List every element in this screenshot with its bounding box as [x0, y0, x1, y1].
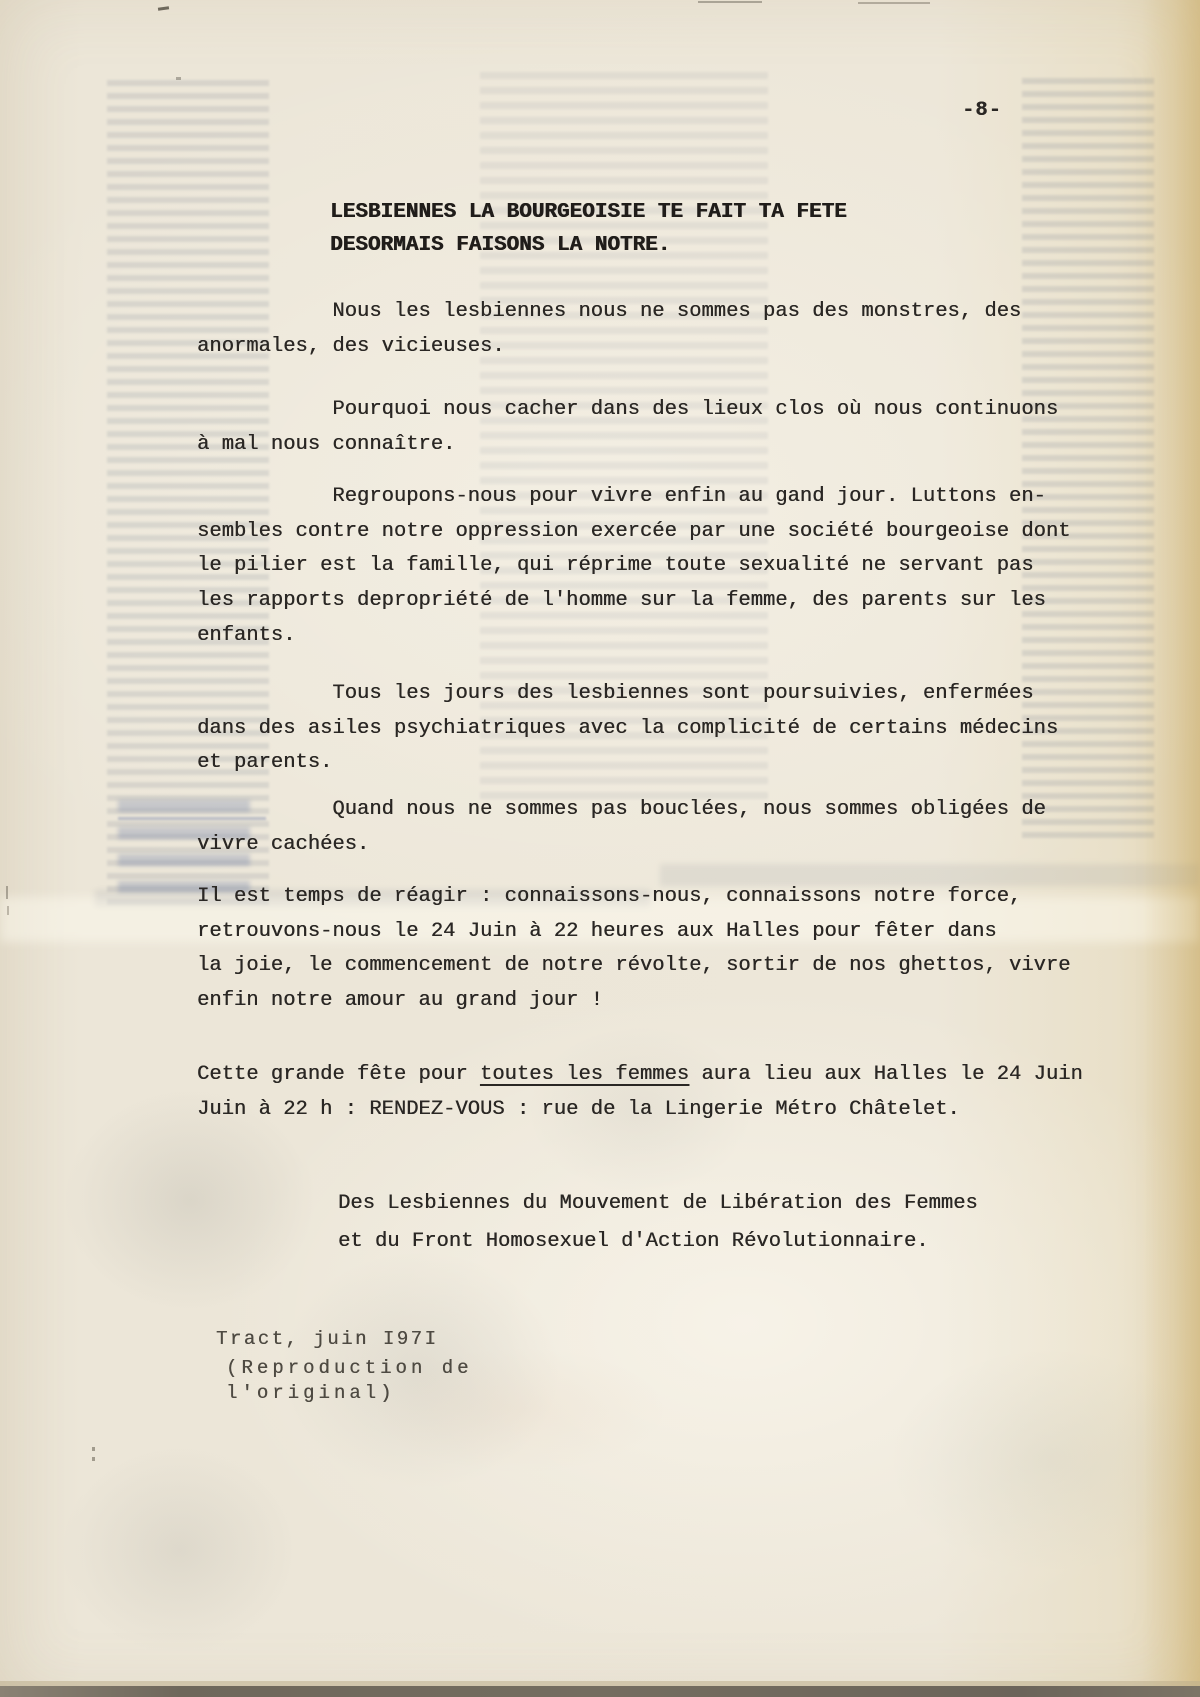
text-line: Juin à 22 h : RENDEZ-VOUS : rue de la Li… [197, 1093, 1083, 1128]
text-line: Quand nous ne sommes pas bouclées, nous … [197, 793, 1046, 828]
text-line: enfin notre amour au grand jour ! [197, 984, 1070, 1019]
page-curl-shadow [1142, 0, 1200, 1697]
text-line: enfants. [197, 619, 1070, 654]
text-line: à mal nous connaître. [197, 428, 1058, 463]
scan-speck [7, 906, 9, 915]
page-number: -8- [962, 94, 1002, 129]
scan-speck [158, 6, 169, 11]
text-line: les rapports depropriété de l'homme sur … [197, 584, 1070, 619]
paragraph-3: Regroupons-nous pour vivre enfin au gand… [197, 480, 1070, 654]
footer-caption-line1: Tract, juin I97I [216, 1322, 438, 1357]
text-line: Il est temps de réagir : connaissons-nou… [197, 880, 1070, 915]
text-line: l'original) [226, 1381, 472, 1406]
footer-caption-rest: (Reproduction del'original) [226, 1356, 472, 1406]
text-line: retrouvons-nous le 24 Juin à 22 heures a… [197, 915, 1070, 950]
text-segment: Cette grande fête pour [197, 1063, 480, 1086]
paragraph-1: Nous les lesbiennes nous ne sommes pas d… [197, 295, 1021, 364]
scanned-page: -8- LESBIENNES LA BOURGEOISIE TE FAIT TA… [0, 0, 1200, 1697]
text-line: Regroupons-nous pour vivre enfin au gand… [197, 480, 1070, 515]
text-line: Des Lesbiennes du Mouvement de Libératio… [338, 1185, 978, 1223]
text-line: Nous les lesbiennes nous ne sommes pas d… [197, 295, 1021, 330]
paragraph-2: Pourquoi nous cacher dans des lieux clos… [197, 393, 1058, 462]
text-line: (Reproduction de [226, 1356, 472, 1381]
scan-speck [858, 2, 930, 4]
scan-speck [698, 1, 762, 3]
underlined-text: toutes les femmes [480, 1063, 689, 1086]
paragraph-4: Tous les jours des lesbiennes sont pours… [197, 677, 1058, 781]
signature-block: Des Lesbiennes du Mouvement de Libératio… [338, 1185, 978, 1261]
paragraph-6: Il est temps de réagir : connaissons-nou… [197, 880, 1070, 1019]
tract-title: LESBIENNES LA BOURGEOISIE TE FAIT TA FET… [330, 196, 847, 262]
text-segment: aura lieu aux Halles le 24 Juin [689, 1063, 1083, 1086]
text-line: anormales, des vicieuses. [197, 330, 1021, 365]
text-line: et du Front Homosexuel d'Action Révoluti… [338, 1223, 978, 1261]
text-line: Pourquoi nous cacher dans des lieux clos… [197, 393, 1058, 428]
text-line: la joie, le commencement de notre révolt… [197, 949, 1070, 984]
scan-speck [92, 1447, 95, 1451]
text-line: dans des asiles psychiatriques avec la c… [197, 712, 1058, 747]
text-line: sembles contre notre oppression exercée … [197, 515, 1070, 550]
scan-speck [92, 1457, 95, 1461]
text-line: LESBIENNES LA BOURGEOISIE TE FAIT TA FET… [330, 196, 847, 229]
text-line: et parents. [197, 746, 1058, 781]
bleedthrough-photo-area [0, 940, 1200, 1697]
text-line: DESORMAIS FAISONS LA NOTRE. [330, 229, 847, 262]
text-line: Cette grande fête pour toutes les femmes… [197, 1058, 1083, 1093]
paragraph-5: Quand nous ne sommes pas bouclées, nous … [197, 793, 1046, 862]
paragraph-7: Cette grande fête pour toutes les femmes… [197, 1058, 1083, 1127]
text-line: Tous les jours des lesbiennes sont pours… [197, 677, 1058, 712]
text-line: vivre cachées. [197, 828, 1046, 863]
scan-speck [6, 886, 8, 899]
text-line: le pilier est la famille, qui réprime to… [197, 549, 1070, 584]
scan-speck [176, 77, 181, 80]
scanner-edge-band [0, 1686, 1200, 1697]
